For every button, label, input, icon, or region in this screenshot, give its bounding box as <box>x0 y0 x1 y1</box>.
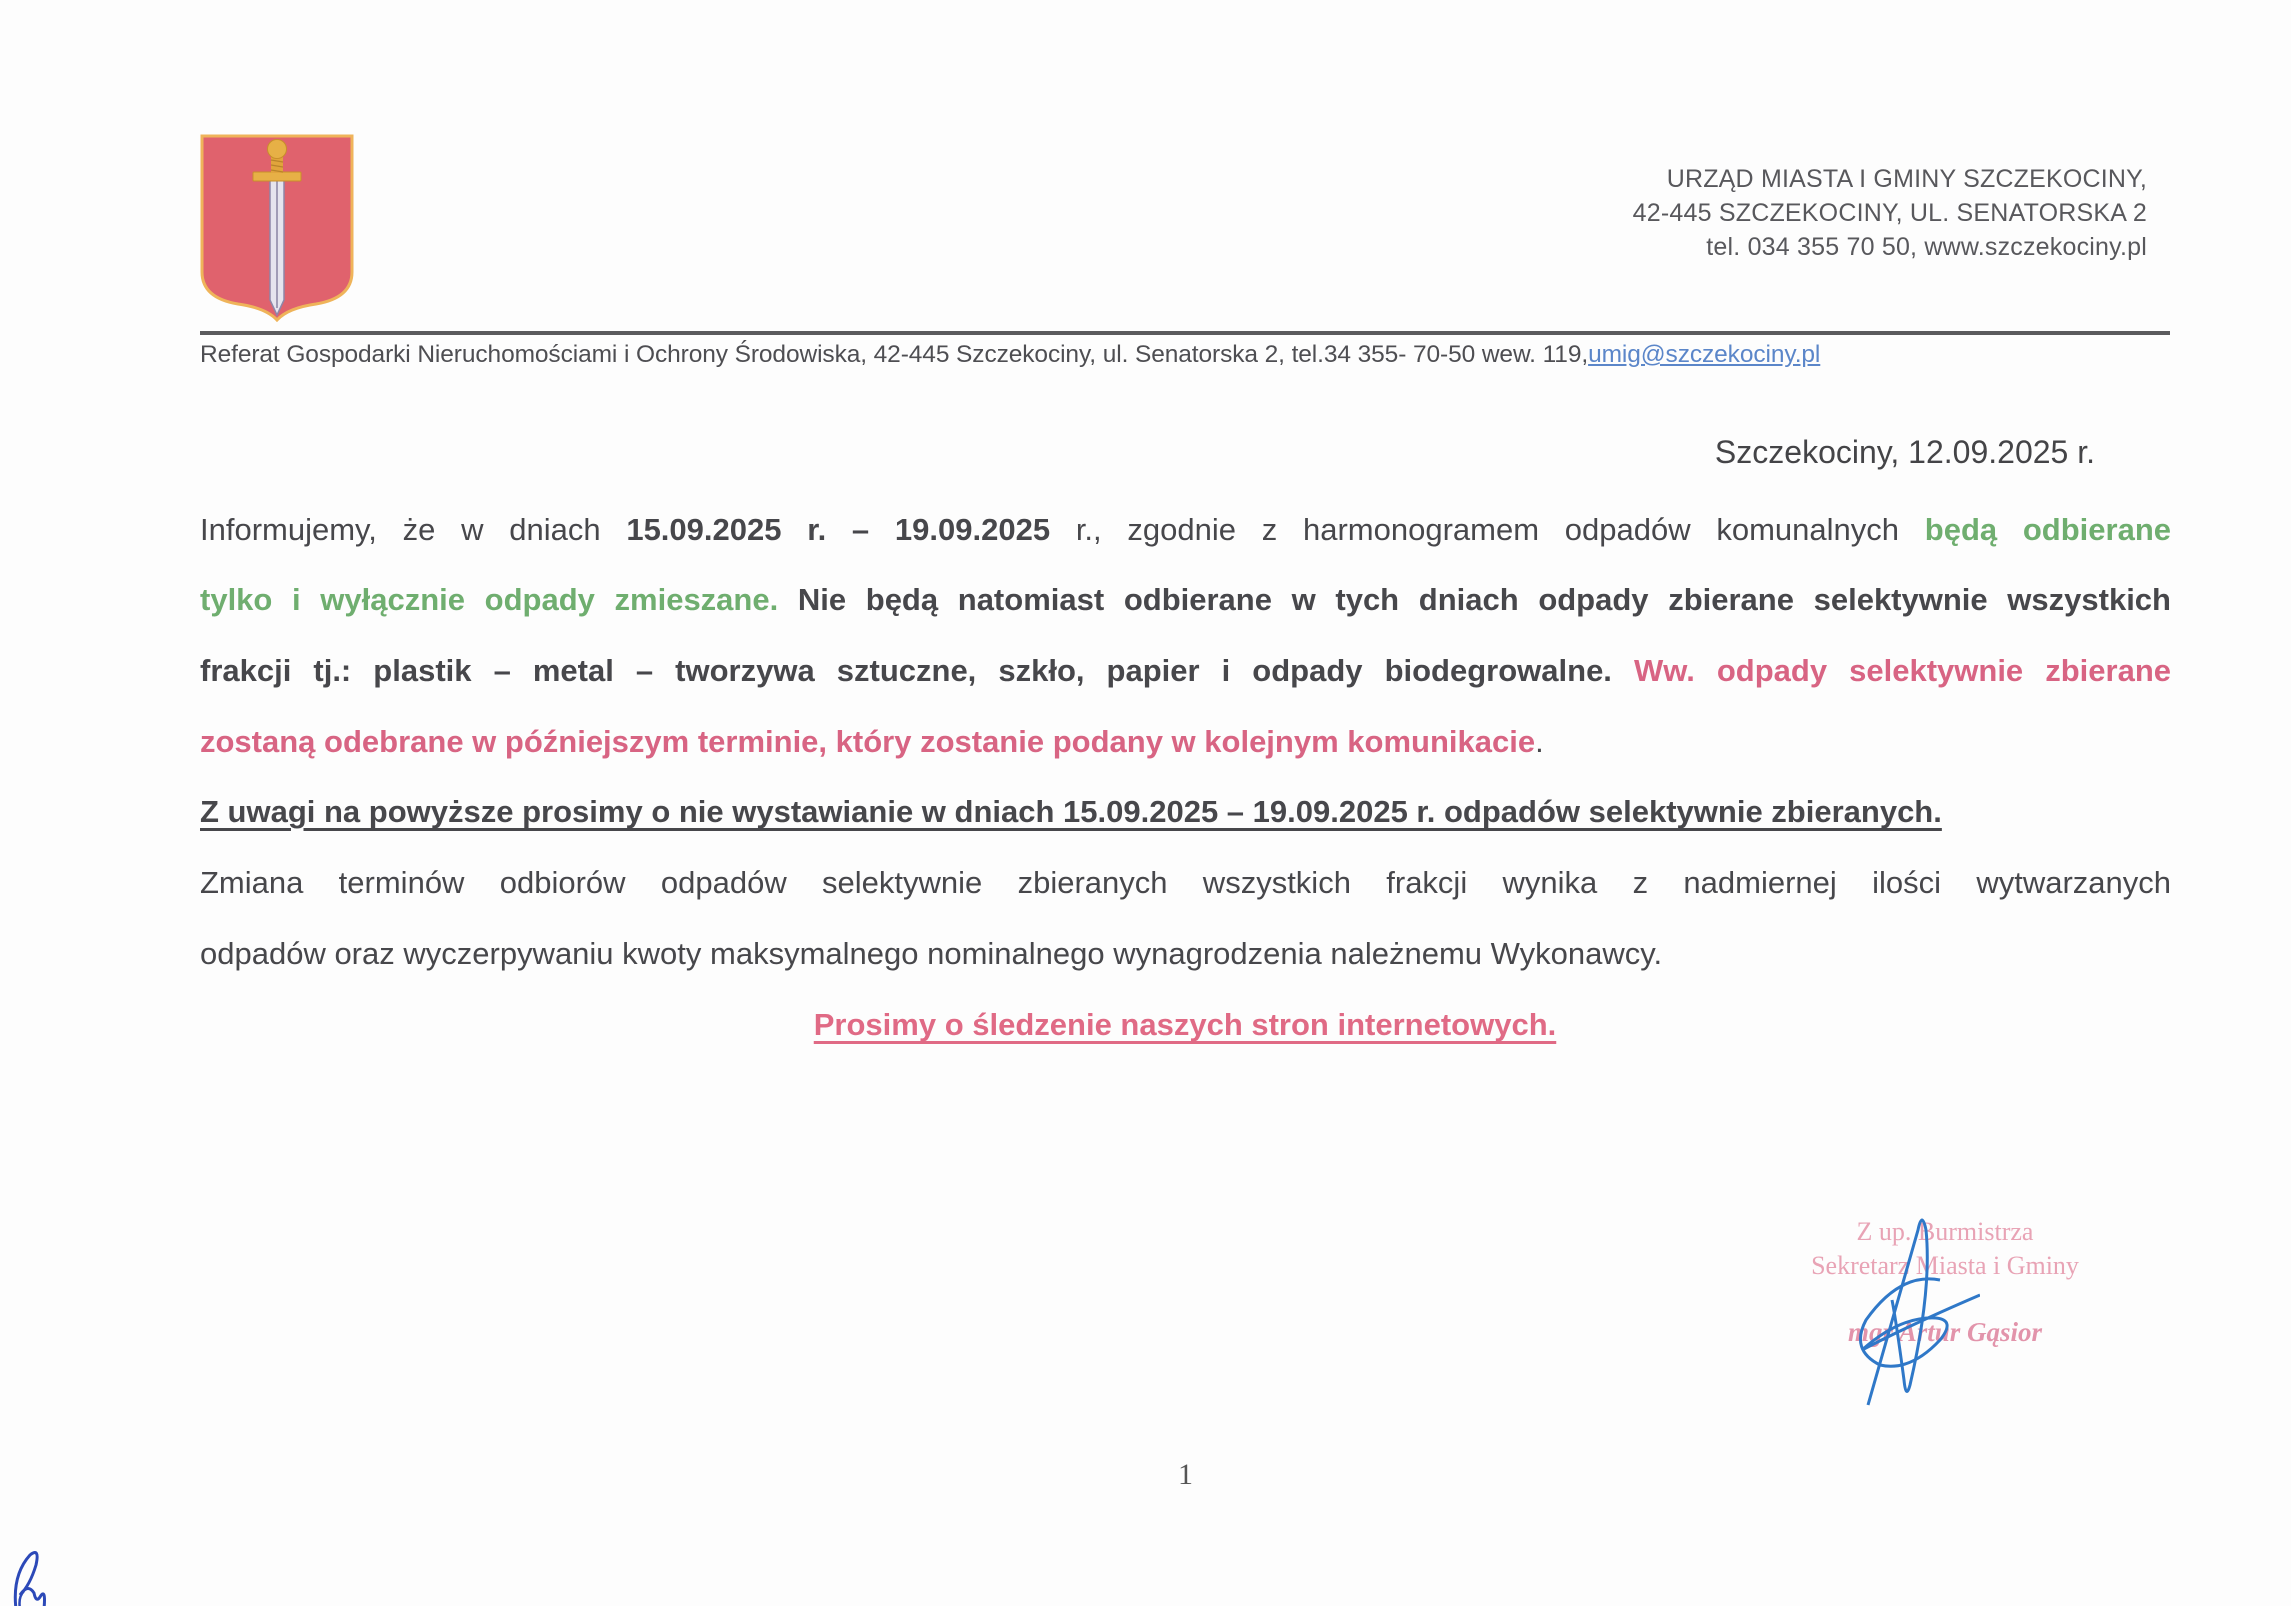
page-number: 1 <box>1178 1458 1193 1492</box>
text: r., zgodnie z harmonogramem odpadów komu… <box>1050 512 1925 547</box>
department-info: Referat Gospodarki Nieruchomościami i Oc… <box>200 341 1588 368</box>
department-line: Referat Gospodarki Nieruchomościami i Oc… <box>200 341 1820 369</box>
highlight-green: będą odbierane <box>1925 512 2171 547</box>
office-contact: tel. 034 355 70 50, www.szczekociny.pl <box>1633 230 2147 264</box>
highlight-red: zostaną odebrane w późniejszym terminie,… <box>200 724 1535 759</box>
closing-text: Prosimy o śledzenie naszych stron intern… <box>814 1007 1557 1042</box>
paragraph-line: Zmiana terminów odbiorów odpadów selekty… <box>200 865 2171 901</box>
paragraph-line: frakcji tj.: plastik – metal – tworzywa … <box>200 653 2171 689</box>
paragraph-line: odpadów oraz wyczerpywaniu kwoty maksyma… <box>200 936 1662 972</box>
paragraph-line: zostaną odebrane w późniejszym terminie,… <box>200 724 2171 760</box>
highlight-green: tylko i wyłącznie odpady zmieszane. <box>200 582 778 617</box>
bold-text: frakcji tj.: plastik – metal – tworzywa … <box>200 653 1612 688</box>
text: . <box>1535 724 1544 759</box>
office-street: 42-445 SZCZEKOCINY, UL. SENATORSKA 2 <box>1633 196 2147 230</box>
closing-line: Prosimy o śledzenie naszych stron intern… <box>0 1007 2291 1043</box>
header-divider <box>200 331 2170 335</box>
initials-scribble-icon <box>6 1545 66 1606</box>
email-link[interactable]: umig@szczekociny.pl <box>1588 341 1820 368</box>
office-address-block: URZĄD MIASTA I GMINY SZCZEKOCINY, 42-445… <box>1633 162 2147 264</box>
document-date: Szczekociny, 12.09.2025 r. <box>1715 434 2095 471</box>
handwritten-signature-icon <box>1840 1200 1980 1420</box>
paragraph-line: Informujemy, że w dniach 15.09.2025 r. –… <box>200 512 2171 548</box>
paragraph-line: tylko i wyłącznie odpady zmieszane. Nie … <box>200 582 2171 618</box>
date-range: 15.09.2025 r. – 19.09.2025 <box>626 512 1050 547</box>
coat-of-arms-icon <box>198 132 356 322</box>
bold-text: Nie będą natomiast odbierane w tych dnia… <box>778 582 2171 617</box>
highlight-red: Ww. odpady selektywnie zbierane <box>1612 653 2171 688</box>
notice-underlined: Z uwagi na powyższe prosimy o nie wystaw… <box>200 794 1942 830</box>
office-name: URZĄD MIASTA I GMINY SZCZEKOCINY, <box>1633 162 2147 196</box>
text: Informujemy, że w dniach <box>200 512 626 547</box>
